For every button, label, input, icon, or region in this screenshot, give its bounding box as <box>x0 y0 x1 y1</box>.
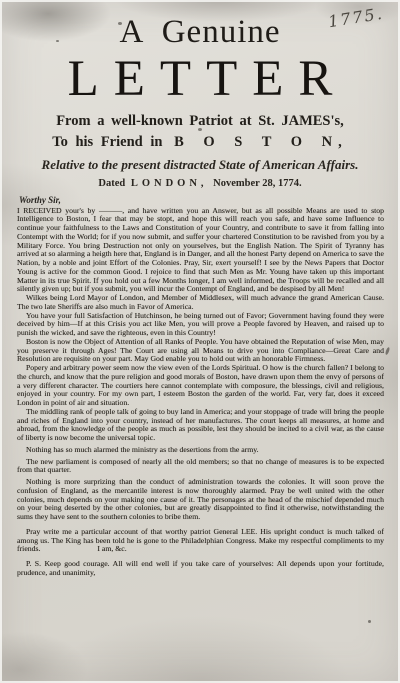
paragraph-3: You have your full Satisfaction of Hutch… <box>17 312 384 338</box>
dateline: Dated LONDON, November 28, 1774. <box>0 178 400 189</box>
closing-line: I am, &c. <box>88 545 126 554</box>
salutation: Worthy Sir, <box>19 195 384 205</box>
paragraph-2: Wilkes being Lord Mayor of London, and M… <box>17 294 384 312</box>
paragraph-10: Pray write me a particular account of th… <box>17 528 384 554</box>
dateline-city-london: LONDON, <box>131 178 208 189</box>
paper-speck <box>368 620 371 623</box>
paragraph-6: The middling rank of people talk of goin… <box>17 408 384 443</box>
paper-speck <box>56 40 59 42</box>
to-prefix: To his Friend in <box>52 134 162 150</box>
paragraph-5: Popery and arbitrary power seem now the … <box>17 364 384 408</box>
paragraph-7: Nothing has so much alarmed the ministry… <box>17 446 384 455</box>
subtitle-to-line: To his Friend in B O S T O N, <box>0 134 400 151</box>
dateline-rest: November 28, 1774. <box>213 178 301 189</box>
dateline-prefix: Dated <box>98 178 125 189</box>
to-city-boston: B O S T O N, <box>174 134 348 150</box>
postscript: P. S. Keep good courage. All will end we… <box>17 560 384 578</box>
paragraph-10-text: Pray write me a particular account of th… <box>17 527 384 554</box>
letter-body: Worthy Sir, I RECEIVED your's by ———, an… <box>0 189 400 578</box>
title-line-letter: LETTER <box>0 53 400 107</box>
broadside-photo: 1775. A Genuine LETTER From a well-known… <box>0 0 400 683</box>
subtitle-from-line: From a well-known Patriot at St. JAMES's… <box>0 113 400 130</box>
paper-speck <box>118 22 122 25</box>
subtitle-relative-line: Relative to the present distracted State… <box>0 157 400 173</box>
paragraph-8: The new parliament is composed of nearly… <box>17 458 384 476</box>
paragraph-4: Boston is now the Object of Attention of… <box>17 338 384 364</box>
paper-speck <box>198 128 202 131</box>
paragraph-9: Nothing is more surprizing than the cond… <box>17 478 384 522</box>
paragraph-1: I RECEIVED your's by ———, and have writt… <box>17 207 384 295</box>
